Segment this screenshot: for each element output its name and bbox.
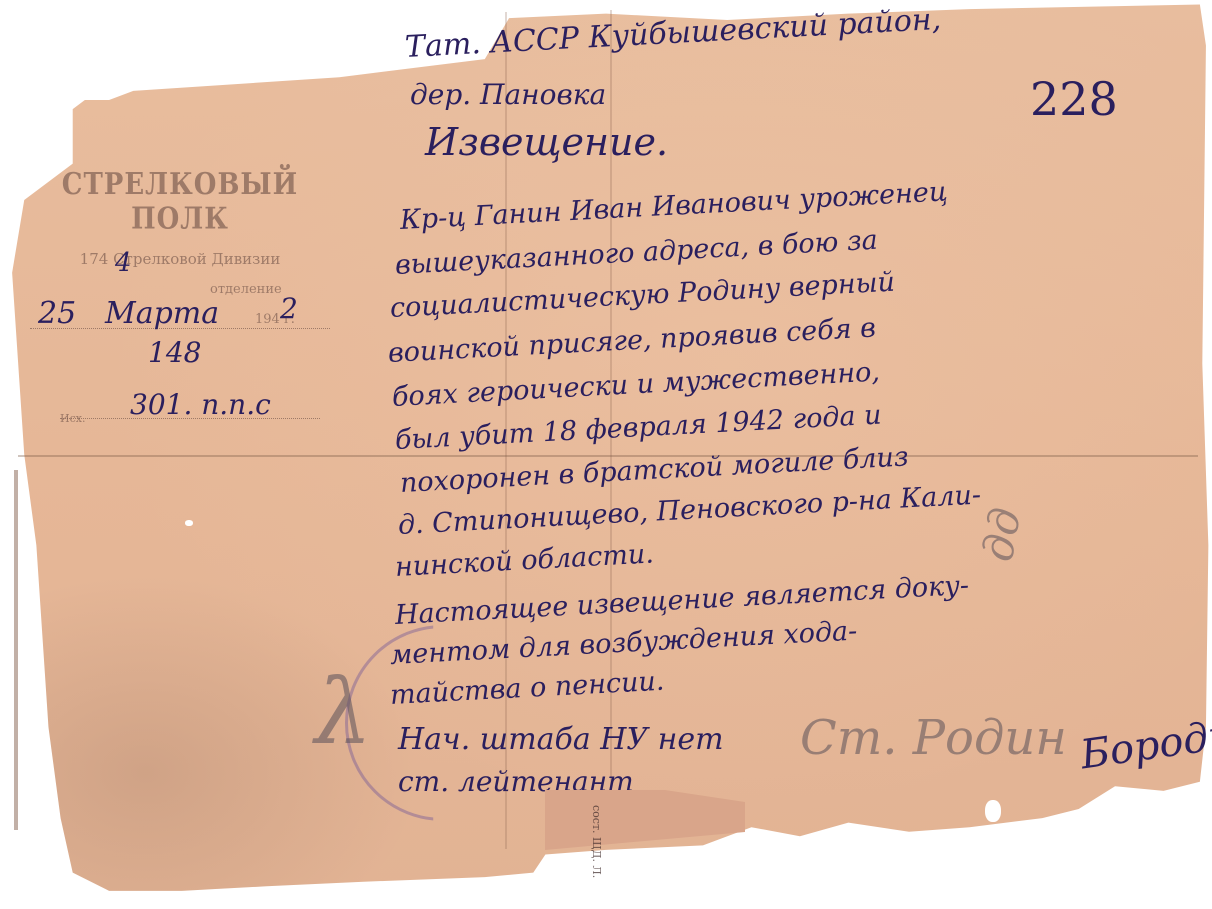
date-day: 25 bbox=[38, 296, 76, 331]
signature-title-line-1: Нач. штаба НУ нет bbox=[398, 722, 724, 757]
field-post-number: 301. п.п.с bbox=[130, 388, 271, 421]
pencil-mark-number: дд bbox=[973, 504, 1031, 565]
pencil-signature: Ст. Родин bbox=[800, 710, 1067, 766]
division-title: 174 Стрелковой Дивизии bbox=[20, 250, 340, 268]
year-digit: 2 bbox=[280, 292, 298, 325]
printed-regiment-stamp: СТРЕЛКОВЫЙ ПОЛК 174 Стрелковой Дивизии о… bbox=[20, 172, 340, 268]
document-title: Извещение. bbox=[425, 120, 668, 164]
torn-edge-shadow bbox=[14, 470, 18, 830]
document-number: 228 bbox=[1030, 72, 1118, 126]
paper-hole-small bbox=[185, 520, 193, 526]
department-label: отделение bbox=[210, 282, 282, 297]
torn-paper-backing bbox=[545, 790, 745, 850]
outgoing-number: 148 bbox=[148, 336, 201, 369]
pencil-mark-left: λ bbox=[315, 660, 372, 765]
address-line-2: дер. Пановка bbox=[410, 78, 606, 111]
paper-hole bbox=[985, 800, 1001, 822]
day-number: 4 bbox=[115, 248, 132, 278]
date-month: Марта bbox=[105, 296, 219, 331]
regiment-title: СТРЕЛКОВЫЙ ПОЛК bbox=[20, 168, 340, 237]
torn-label-text: сост. ЩД. Л. bbox=[590, 805, 603, 878]
